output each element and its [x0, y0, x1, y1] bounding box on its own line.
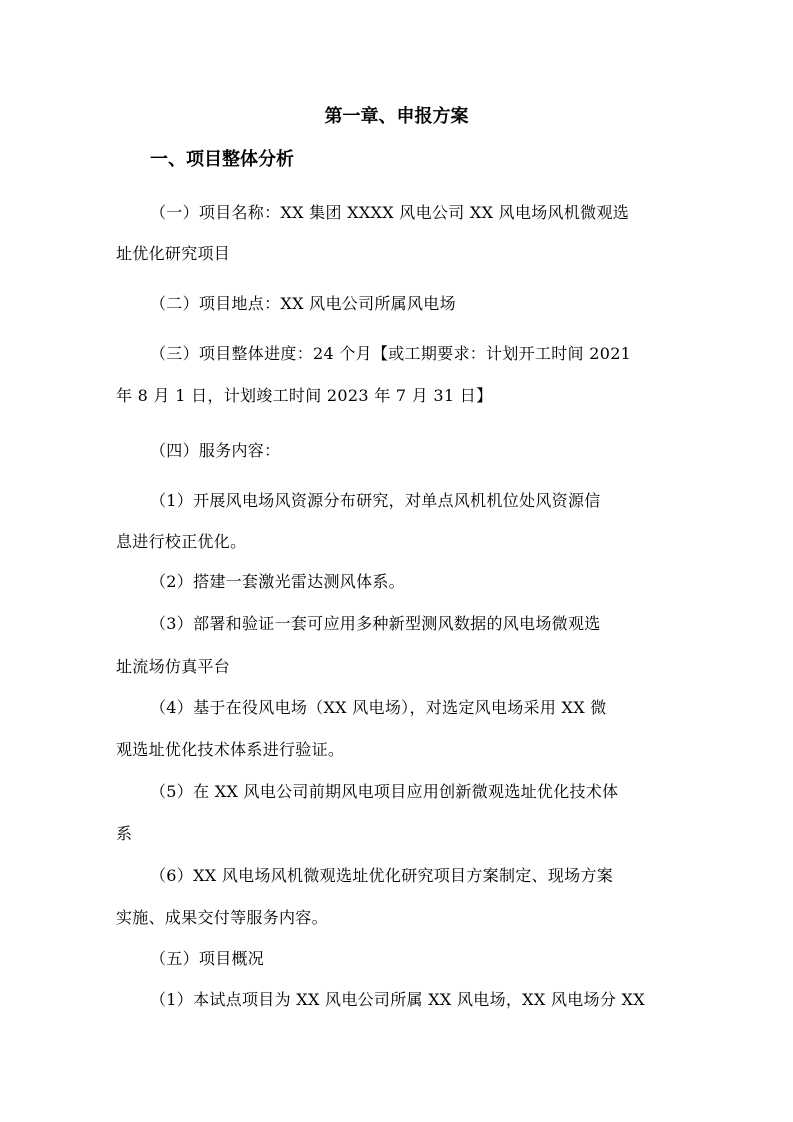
paragraph-line: 年 8 月 1 日，计划竣工时间 2023 年 7 月 31 日】 — [116, 385, 686, 407]
paragraph-line: （6）XX 风电场风机微观选址优化研究项目方案制定、现场方案 — [150, 865, 720, 887]
document-page: 第一章、申报方案 一、项目整体分析 （一）项目名称：XX 集团 XXXX 风电公… — [0, 0, 793, 1122]
paragraph-line: （3）部署和验证一套可应用多种新型测风数据的风电场微观选 — [150, 613, 720, 635]
section-heading: 一、项目整体分析 — [150, 147, 294, 173]
paragraph-line: 址优化研究项目 — [116, 243, 686, 265]
paragraph-line: （1）本试点项目为 XX 风电公司所属 XX 风电场，XX 风电场分 XX — [150, 989, 720, 1011]
paragraph-line: （一）项目名称：XX 集团 XXXX 风电公司 XX 风电场风机微观选 — [150, 202, 720, 224]
paragraph-line: （三）项目整体进度：24 个月【或工期要求：计划开工时间 2021 — [150, 343, 720, 365]
paragraph-line: （2）搭建一套激光雷达测风体系。 — [150, 571, 720, 593]
paragraph-line: 系 — [116, 823, 686, 845]
paragraph-line: （5）在 XX 风电公司前期风电项目应用创新微观选址优化技术体 — [150, 781, 720, 803]
paragraph-line: （四）服务内容： — [150, 440, 720, 462]
chapter-title: 第一章、申报方案 — [0, 104, 793, 130]
paragraph-line: 址流场仿真平台 — [116, 656, 686, 678]
paragraph-line: （二）项目地点：XX 风电公司所属风电场 — [150, 293, 720, 315]
paragraph-line: 实施、成果交付等服务内容。 — [116, 907, 686, 929]
paragraph-line: （五）项目概况 — [150, 948, 720, 970]
paragraph-line: （4）基于在役风电场（XX 风电场），对选定风电场采用 XX 微 — [150, 697, 720, 719]
paragraph-line: 息进行校正优化。 — [116, 531, 686, 553]
paragraph-line: （1）开展风电场风资源分布研究，对单点风机机位处风资源信 — [150, 490, 720, 512]
paragraph-line: 观选址优化技术体系进行验证。 — [116, 739, 686, 761]
